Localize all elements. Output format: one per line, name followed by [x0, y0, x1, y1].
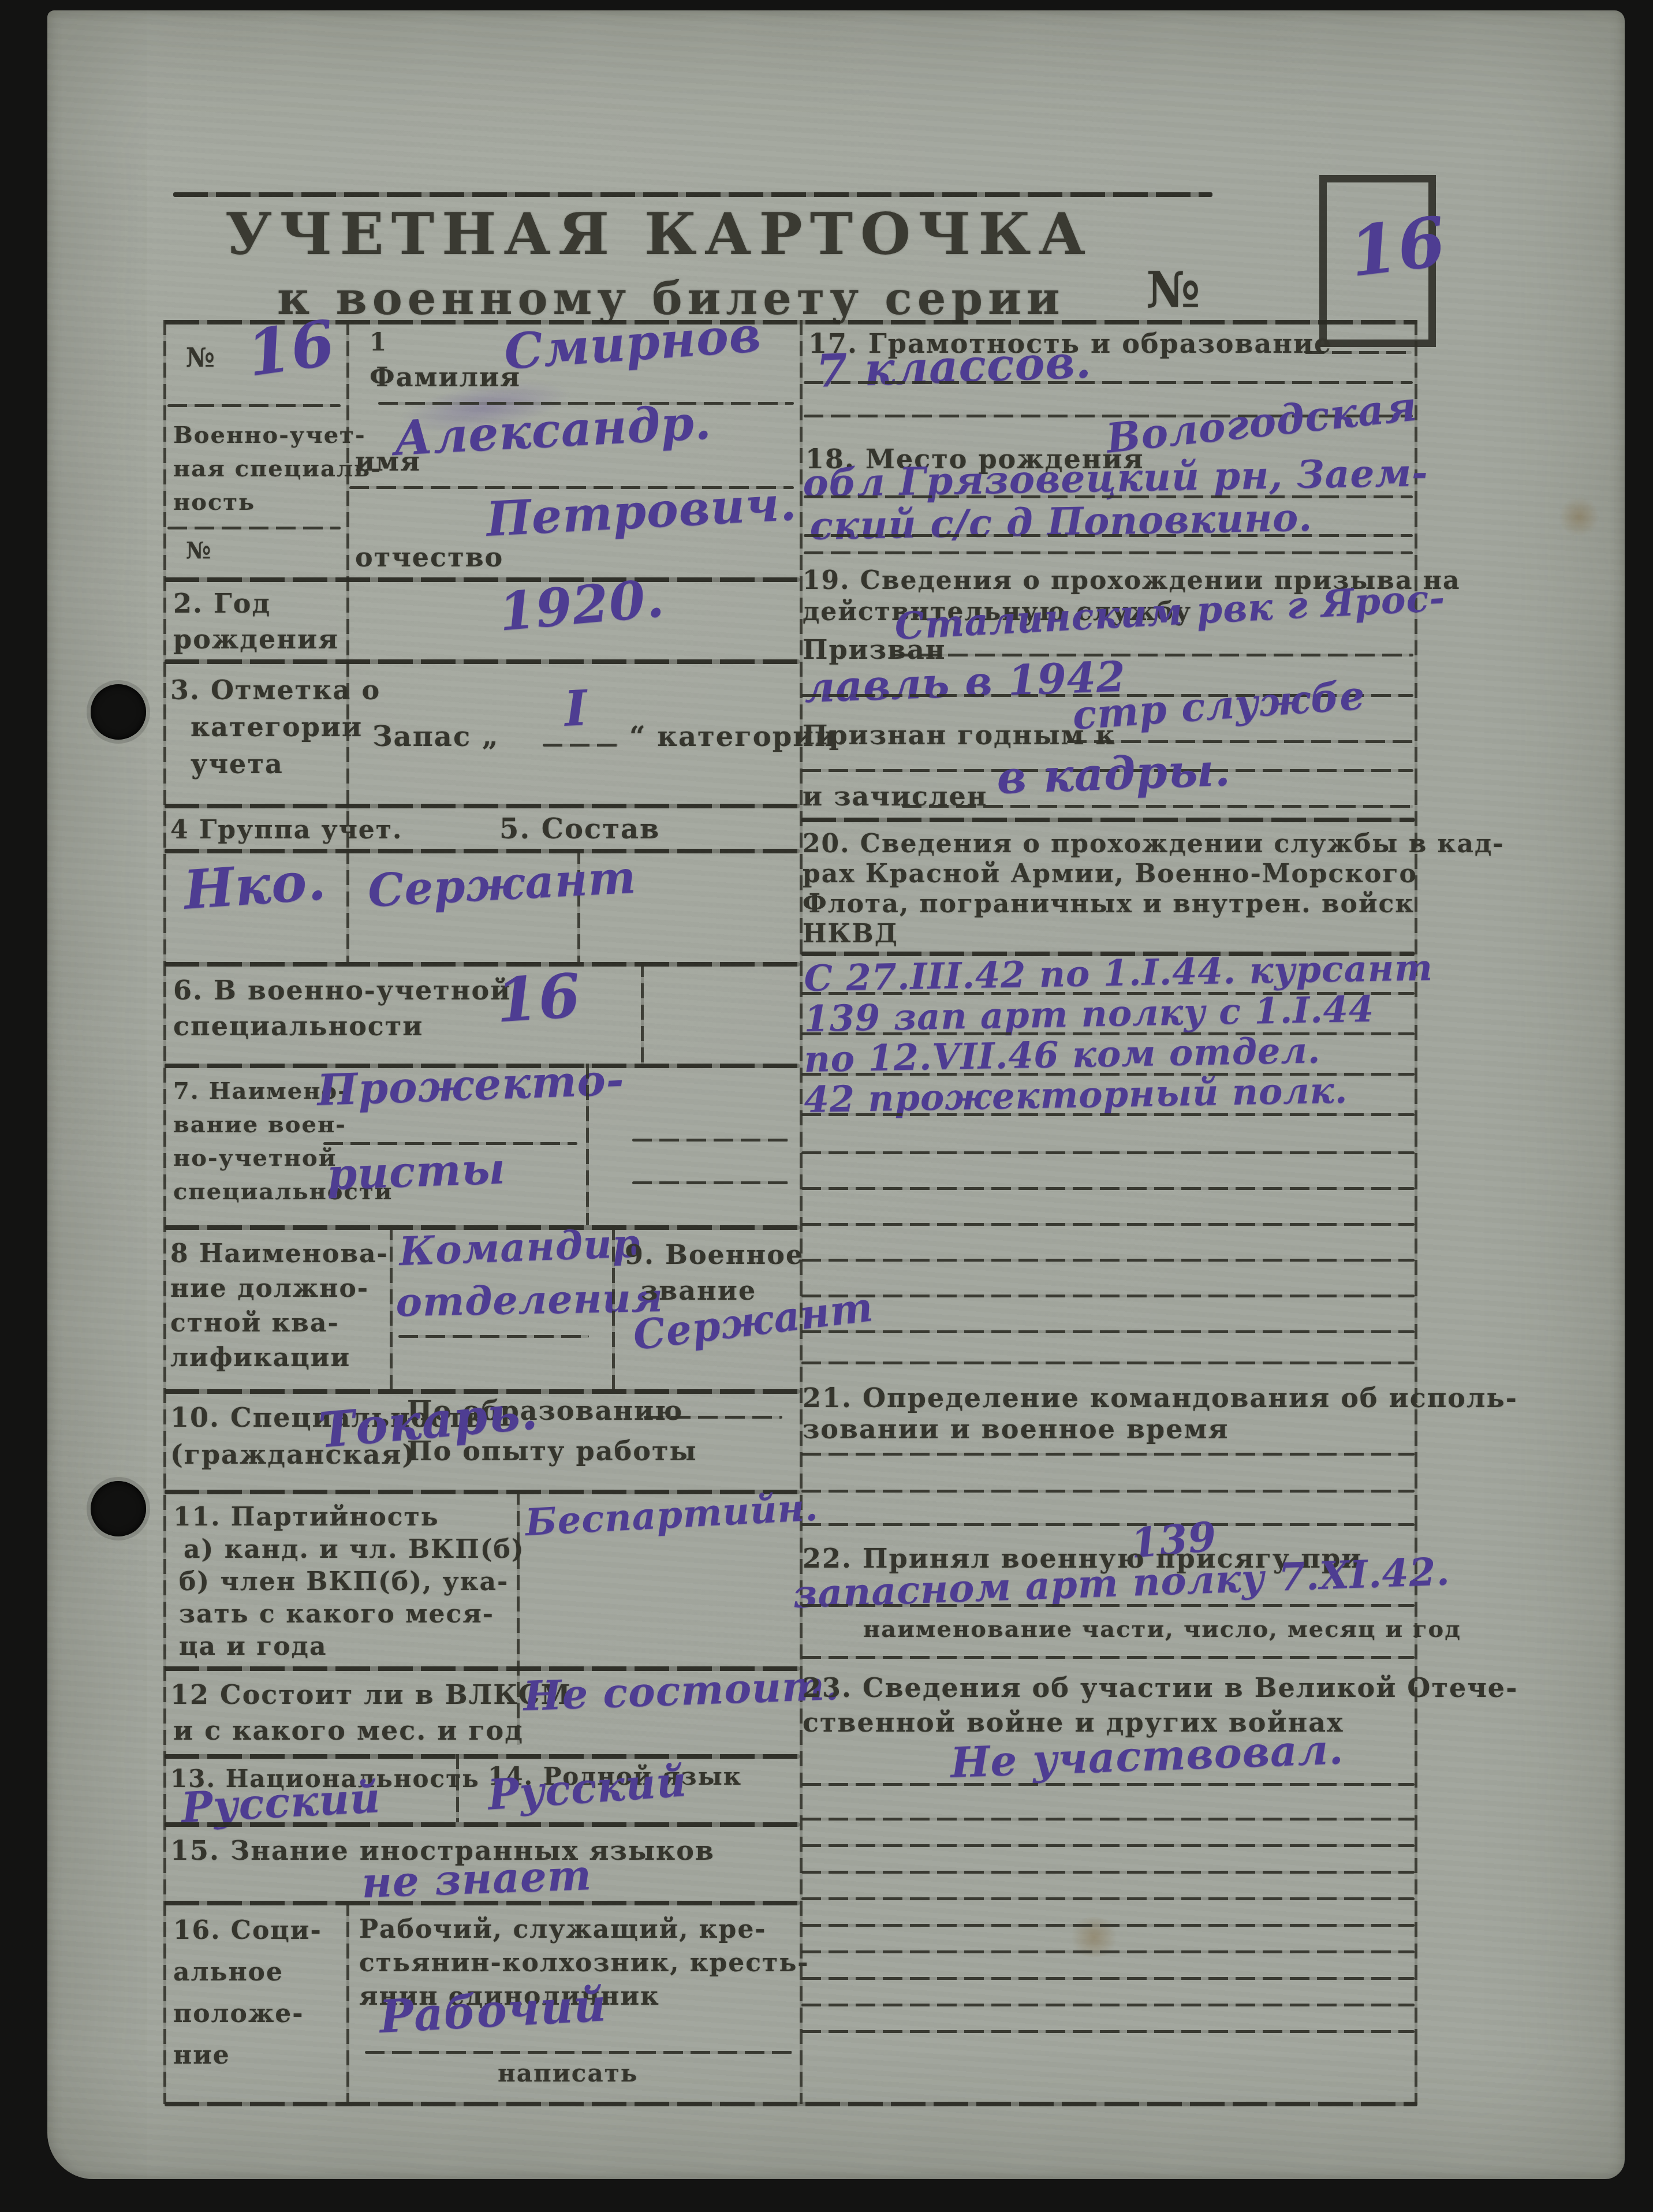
rank-label: 9. Военное: [625, 1239, 804, 1270]
service-record-label: НКВД: [803, 919, 898, 949]
social-status-caption: написать: [498, 2059, 638, 2087]
cell-divider: [586, 1064, 589, 1225]
hole-punch-bottom: [91, 1481, 146, 1536]
zapas-label: Запас „: [372, 721, 499, 753]
rule: [804, 551, 1413, 554]
cell-divider: [612, 1225, 615, 1389]
category-label: учета: [191, 748, 283, 779]
social-status-label: положе-: [173, 1999, 304, 2028]
sostav-label: 5. Состав: [499, 813, 660, 845]
service-record-label: Флота, пограничных и внутрен. войск: [803, 889, 1415, 919]
name-label: имя: [355, 446, 421, 477]
patronymic-label: отчество: [355, 542, 503, 573]
blank-rule: [801, 1523, 1415, 1526]
rule: [801, 1604, 1415, 1607]
blank-rule: [801, 1361, 1415, 1364]
reg-no-sign: №: [186, 342, 216, 373]
party-label: ца и года: [179, 1632, 327, 1661]
blank-rule: [801, 1977, 1415, 1980]
row-border: [165, 804, 800, 808]
section-border: [801, 818, 1415, 822]
cell-divider: [346, 849, 349, 962]
rule: [167, 404, 341, 407]
blank-rule: [801, 1844, 1415, 1847]
blank-rule: [801, 1950, 1415, 1953]
blank-rule: [801, 1453, 1415, 1456]
row-border: [165, 1901, 800, 1905]
vus-number-value: 16: [494, 960, 583, 1036]
row-border: [165, 849, 800, 853]
vus-label: ная специаль-: [173, 455, 382, 482]
position-label: ние должно-: [170, 1274, 369, 1303]
row-border: [165, 1822, 800, 1827]
table-top-border: [165, 320, 1417, 324]
blank-rule: [801, 1259, 1415, 1262]
rule: [804, 534, 1413, 537]
vus-number-label: специальности: [173, 1010, 424, 1042]
blank-rule: [801, 1897, 1415, 1900]
rule: [801, 1783, 1415, 1786]
rule: [365, 2051, 792, 2054]
blank-rule: [801, 2030, 1415, 2033]
blank-rule: [801, 2004, 1415, 2006]
social-status-label: альное: [173, 1957, 283, 1987]
card-title: УЧЕТНАЯ КАРТОЧКА: [225, 200, 1091, 268]
enrolled-value: в кадры.: [996, 744, 1232, 804]
row-border: [165, 962, 800, 967]
blank-rule: [801, 1330, 1415, 1333]
position-label: лификации: [170, 1343, 350, 1372]
rule: [804, 381, 1413, 384]
vlksm-label: и с какого мес. и год: [173, 1715, 524, 1746]
left-subcolumn-divider: [346, 320, 349, 849]
hole-punch-top: [91, 684, 146, 740]
vlksm-label: 12 Состоит ли в ВЛКСМ: [170, 1679, 572, 1710]
rule: [902, 805, 1413, 808]
position-label: стной ква-: [170, 1308, 339, 1338]
header-numero-sign: №: [1146, 261, 1201, 319]
social-status-options: стьянин-колхозник, кресть-: [359, 1948, 809, 1978]
blank-rule: [801, 1924, 1415, 1927]
rule: [543, 744, 618, 747]
cell-divider: [456, 1754, 459, 1822]
group-value: Нко.: [182, 849, 329, 922]
rule: [632, 1181, 788, 1184]
education-value: 7 классов.: [815, 335, 1092, 398]
war-participation-label: 23. Сведения об участии в Великой Отече-: [803, 1672, 1518, 1703]
rule: [644, 1416, 782, 1419]
vus-name-label: но-учетной: [173, 1144, 337, 1172]
cell-divider: [390, 1225, 393, 1389]
rule: [801, 1656, 1415, 1659]
cell-divider: [346, 1901, 349, 2102]
rule: [398, 1335, 589, 1338]
birth-year-label: 2. Год: [173, 588, 271, 619]
rule: [1067, 740, 1413, 743]
row-border: [165, 1754, 800, 1759]
birth-year-label: рождения: [173, 624, 339, 655]
social-status-label: 16. Соци-: [173, 1916, 322, 1945]
vus-name-value: ристы: [326, 1144, 506, 1200]
party-label: б) член ВКП(б), ука-: [179, 1567, 509, 1596]
surname-label: Фамилия: [370, 361, 521, 393]
vus-label: Военно-учет-: [173, 421, 366, 449]
birthplace-value: ский с/с д Поповкино.: [809, 495, 1313, 549]
group-label: 4 Группа учет.: [170, 815, 402, 845]
rule: [1305, 351, 1412, 354]
header-top-rule: [173, 192, 1212, 197]
blank-rule: [801, 1490, 1415, 1493]
blank-rule: [801, 1223, 1415, 1226]
category-label: категории: [191, 711, 363, 743]
command-decision-label: зовании и военное время: [803, 1413, 1229, 1445]
party-label: 11. Партийность: [173, 1502, 439, 1532]
service-record-label: рах Красной Армии, Военно-Морского: [803, 859, 1417, 889]
category-value: I: [563, 679, 589, 737]
table-left-border: [163, 320, 166, 2104]
social-status-label: ние: [173, 2041, 230, 2070]
position-value: отделения: [395, 1275, 663, 1326]
blank-rule: [801, 1871, 1415, 1874]
vus-number-label: 6. В военно-учетной: [173, 975, 511, 1006]
rule: [632, 1139, 788, 1142]
by-experience-label: По опыту работы: [407, 1435, 697, 1467]
paper-stain: [1559, 497, 1599, 537]
blank-rule: [801, 1295, 1415, 1297]
field1-number: 1: [370, 328, 387, 356]
row-border: [165, 659, 800, 664]
blank-rule: [801, 1151, 1415, 1154]
vus-no-sign: №: [186, 537, 212, 564]
reg-no-value: 16: [242, 307, 339, 391]
party-label: а) канд. и чл. ВКП(б): [184, 1535, 525, 1564]
service-record-label: 20. Сведения о прохождении службы в кад-: [803, 829, 1505, 859]
command-decision-label: 21. Определение командования об исполь-: [803, 1382, 1518, 1413]
row-border: [165, 577, 800, 582]
card-number-value: 16: [1345, 201, 1450, 292]
table-bottom-border: [165, 2102, 1417, 2106]
rule: [801, 1113, 1415, 1116]
foreign-languages-value: не знает: [361, 1850, 592, 1907]
vus-label: ность: [173, 488, 255, 516]
blank-rule: [801, 1818, 1415, 1821]
party-label: зать с какого меся-: [179, 1599, 494, 1629]
rule: [894, 654, 1413, 656]
fit-for-service-label: Признан годным к: [803, 719, 1116, 751]
rule: [323, 1142, 577, 1145]
cell-divider: [641, 962, 644, 1064]
oath-caption: наименование части, число, месяц и год: [863, 1616, 1461, 1643]
blank-rule: [801, 1187, 1415, 1190]
rule: [167, 527, 341, 529]
position-value: Командир: [398, 1220, 641, 1275]
social-status-options: Рабочий, служащий, кре-: [359, 1915, 767, 1944]
position-label: 8 Наименова-: [170, 1239, 389, 1269]
category-label: 3. Отметка о: [170, 674, 380, 706]
